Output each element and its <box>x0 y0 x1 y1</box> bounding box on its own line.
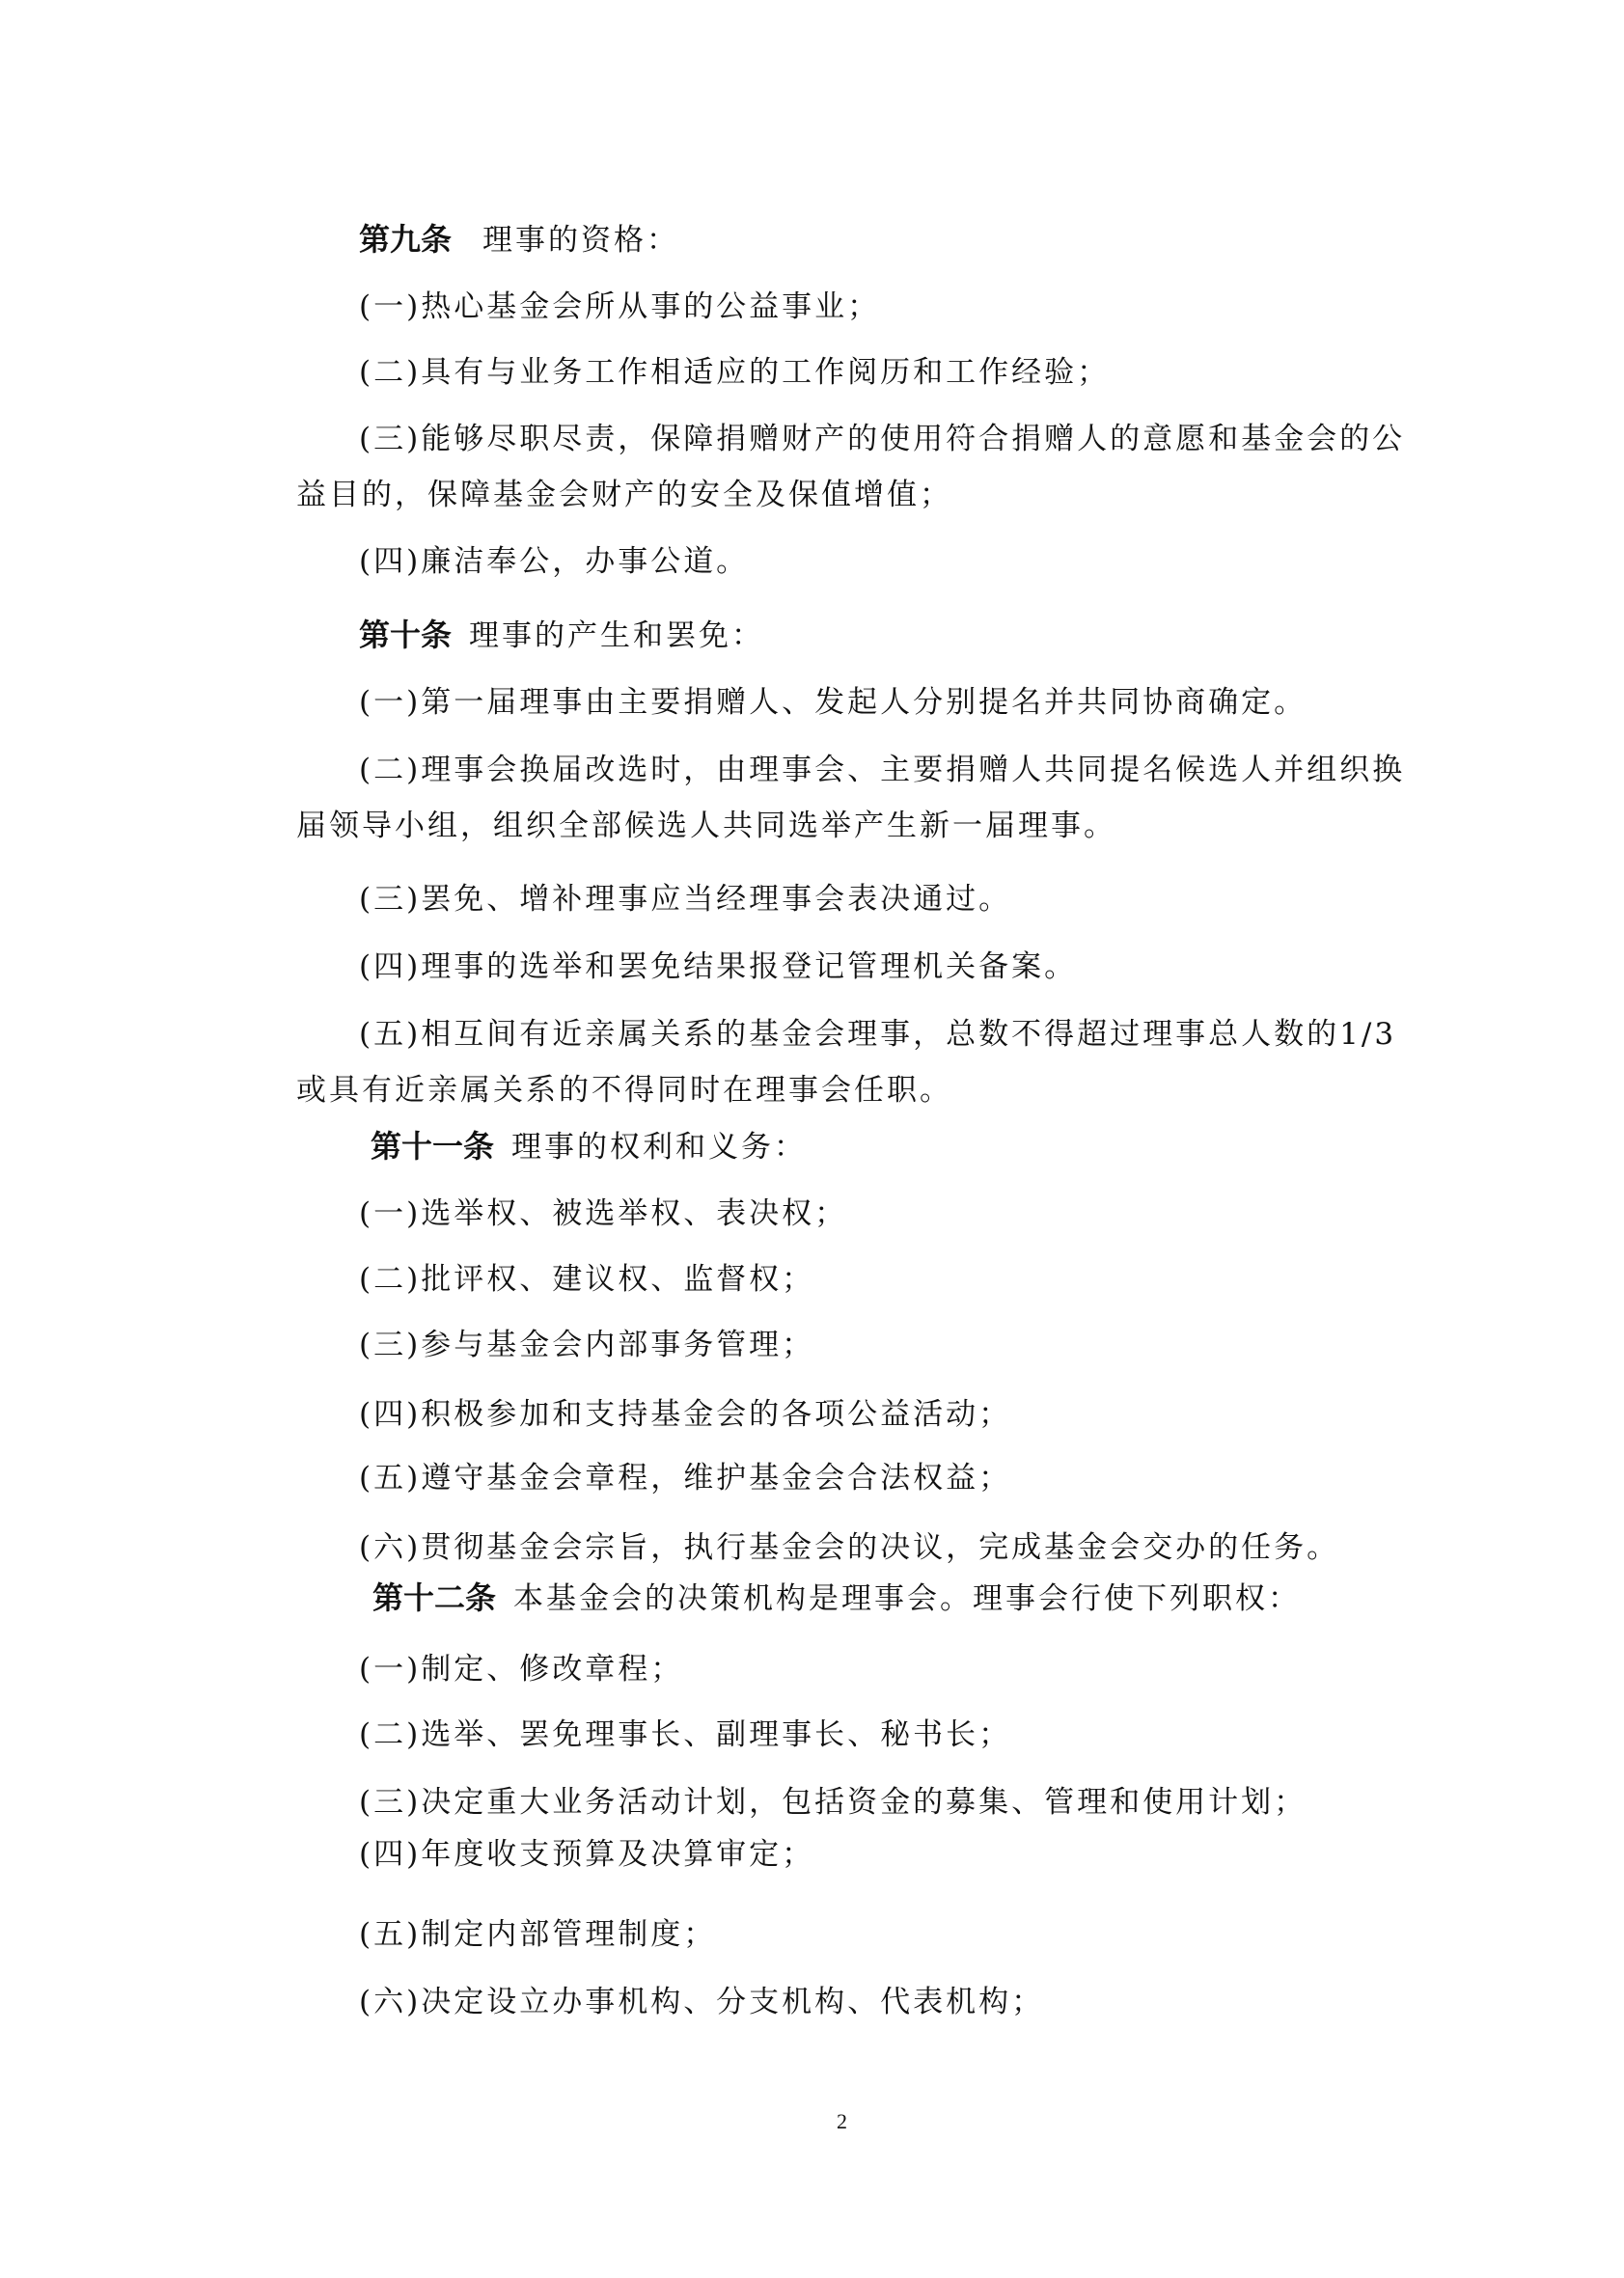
paragraph-line: (五)制定内部管理制度； <box>359 1915 716 1954</box>
paragraph-line: (三)决定重大业务活动计划，包括资金的募集、管理和使用计划； <box>359 1783 1307 1822</box>
paragraph-line: (一)第一届理事由主要捐赠人、发起人分别提名并共同协商确定。 <box>359 683 1307 722</box>
paragraph-line: (六)贯彻基金会宗旨，执行基金会的决议，完成基金会交办的任务。 <box>359 1528 1339 1567</box>
article-heading: 第十条 <box>359 617 452 653</box>
paragraph-line: (四)廉洁奉公，办事公道。 <box>359 542 749 581</box>
paragraph-line: (二)理事会换届改选时，由理事会、主要捐赠人共同提名候选人并组织换 <box>359 751 1405 789</box>
article-title: 理事的产生和罢免： <box>469 618 764 653</box>
paragraph-line: (二)批评权、建议权、监督权； <box>359 1260 814 1299</box>
paragraph-line: 或具有近亲属关系的不得同时在理事会任职。 <box>296 1071 952 1110</box>
paragraph-line: (四)积极参加和支持基金会的各项公益活动； <box>359 1395 1011 1434</box>
paragraph-line: 益目的，保障基金会财产的安全及保值增值； <box>296 476 952 514</box>
article-title: 理事的资格： <box>482 223 679 258</box>
paragraph-line: (一)制定、修改章程； <box>359 1650 683 1688</box>
paragraph-line: (一)热心基金会所从事的公益事业； <box>359 288 880 326</box>
paragraph-line: (五)遵守基金会章程，维护基金会合法权益； <box>359 1459 1011 1497</box>
paragraph-line: (五)相互间有近亲属关系的基金会理事，总数不得超过理事总人数的1/3 <box>359 1015 1396 1054</box>
article-heading: 第十一条 <box>371 1128 494 1165</box>
article-11-header: 第十一条理事的权利和义务： <box>371 1127 807 1166</box>
article-heading: 第十二条 <box>372 1579 496 1616</box>
paragraph-line: (二)选举、罢免理事长、副理事长、秘书长； <box>359 1715 1011 1754</box>
paragraph-line: (四)理事的选举和罢免结果报登记管理机关备案。 <box>359 947 1077 986</box>
paragraph-line: (四)年度收支预算及决算审定； <box>359 1835 814 1874</box>
paragraph-line: (三)能够尽职尽责，保障捐赠财产的使用符合捐赠人的意愿和基金会的公 <box>359 420 1405 458</box>
article-9-header: 第九条理事的资格： <box>359 220 679 260</box>
article-heading: 第九条 <box>359 221 452 258</box>
paragraph-line: (三)参与基金会内部事务管理； <box>359 1326 814 1364</box>
paragraph-line: (三)罢免、增补理事应当经理事会表决通过。 <box>359 880 1011 919</box>
paragraph-line: 届领导小组，组织全部候选人共同选举产生新一届理事。 <box>296 807 1116 845</box>
paragraph-line: (一)选举权、被选举权、表决权； <box>359 1194 847 1233</box>
article-10-header: 第十条理事的产生和罢免： <box>359 616 764 655</box>
article-title: 理事的权利和义务： <box>511 1130 807 1165</box>
page-number: 2 <box>837 2109 847 2134</box>
article-title: 本基金会的决策机构是理事会。理事会行使下列职权： <box>513 1581 1301 1616</box>
paragraph-line: (六)决定设立办事机构、分支机构、代表机构； <box>359 1983 1044 2021</box>
paragraph-line: (二)具有与业务工作相适应的工作阅历和工作经验； <box>359 353 1110 392</box>
article-12-header: 第十二条本基金会的决策机构是理事会。理事会行使下列职权： <box>372 1578 1301 1618</box>
